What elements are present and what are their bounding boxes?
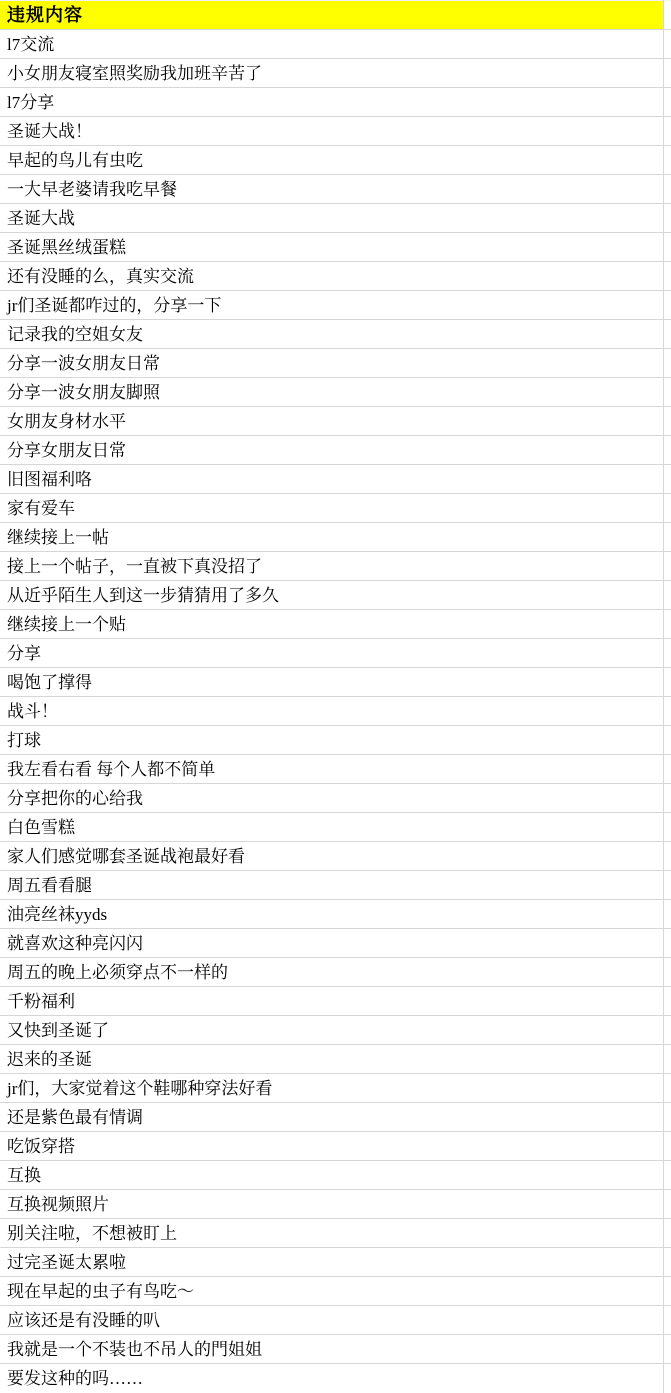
table-header-cell[interactable]: 违规内容 [0,0,671,30]
table-row[interactable]: 我就是一个不装也不吊人的門姐姐 [0,1335,671,1364]
table-body: l7交流小女朋友寝室照奖励我加班辛苦了l7分享圣诞大战！早起的鸟儿有虫吃一大早老… [0,30,671,1393]
table-row[interactable]: 记录我的空姐女友 [0,320,671,349]
cell-text: 现在早起的虫子有鸟吃～ [7,1283,194,1300]
spreadsheet-table: 违规内容 l7交流小女朋友寝室照奖励我加班辛苦了l7分享圣诞大战！早起的鸟儿有虫… [0,0,671,1393]
cell-text: 小女朋友寝室照奖励我加班辛苦了 [7,65,262,82]
table-row[interactable]: 周五看看腿 [0,871,671,900]
table-row[interactable]: 旧图福利咯 [0,465,671,494]
cell-text: 分享 [7,645,41,662]
cell-text: 要发这种的吗…… [7,1370,143,1387]
cell-text: 圣诞大战 [7,210,75,227]
cell-text: 互换视频照片 [7,1196,109,1213]
cell-text: 一大早老婆请我吃早餐 [7,181,177,198]
cell-text: 战斗！ [7,703,58,720]
table-row[interactable]: 小女朋友寝室照奖励我加班辛苦了 [0,59,671,88]
table-header-label: 违规内容 [7,6,83,24]
table-row[interactable]: 要发这种的吗…… [0,1364,671,1393]
cell-text: 迟来的圣诞 [7,1051,92,1068]
table-row[interactable]: 现在早起的虫子有鸟吃～ [0,1277,671,1306]
cell-text: 早起的鸟儿有虫吃 [7,152,143,169]
table-row[interactable]: jr们，大家觉着这个鞋哪种穿法好看 [0,1074,671,1103]
cell-text: 我就是一个不装也不吊人的門姐姐 [7,1341,262,1358]
cell-text: 又快到圣诞了 [7,1022,109,1039]
table-row[interactable]: 就喜欢这种亮闪闪 [0,929,671,958]
table-row[interactable]: 圣诞黑丝绒蛋糕 [0,233,671,262]
cell-text: 打球 [7,732,41,749]
cell-text: 周五看看腿 [7,877,92,894]
cell-text: 旧图福利咯 [7,471,92,488]
table-row[interactable]: 分享一波女朋友脚照 [0,378,671,407]
cell-text: 白色雪糕 [7,819,75,836]
table-row[interactable]: l7交流 [0,30,671,59]
table-row[interactable]: 继续接上一帖 [0,523,671,552]
table-row[interactable]: 分享女朋友日常 [0,436,671,465]
table-row[interactable]: 喝饱了撑得 [0,668,671,697]
cell-text: 家有爱车 [7,500,75,517]
cell-text: 记录我的空姐女友 [7,326,143,343]
table-row[interactable]: 继续接上一个贴 [0,610,671,639]
table-row[interactable]: 接上一个帖子，一直被下真没招了 [0,552,671,581]
cell-text: 女朋友身材水平 [7,413,126,430]
cell-text: 继续接上一个贴 [7,616,126,633]
cell-text: 吃饭穿搭 [7,1138,75,1155]
cell-text: 还有没睡的么，真实交流 [7,268,194,285]
cell-text: 千粉福利 [7,993,75,1010]
table-row[interactable]: 别关注啦，不想被盯上 [0,1219,671,1248]
table-row[interactable]: 圣诞大战！ [0,117,671,146]
cell-text: 还是紫色最有情调 [7,1109,143,1126]
cell-text: 圣诞大战！ [7,123,92,140]
cell-text: 就喜欢这种亮闪闪 [7,935,143,952]
table-row[interactable]: 圣诞大战 [0,204,671,233]
cell-text: jr们，大家觉着这个鞋哪种穿法好看 [7,1080,272,1097]
cell-text: 分享一波女朋友日常 [7,355,160,372]
cell-text: 圣诞黑丝绒蛋糕 [7,239,126,256]
table-row[interactable]: 从近乎陌生人到这一步猜猜用了多久 [0,581,671,610]
cell-text: l7交流 [7,36,54,53]
cell-text: 喝饱了撑得 [7,674,92,691]
table-row[interactable]: 战斗！ [0,697,671,726]
cell-text: 家人们感觉哪套圣诞战袍最好看 [7,848,245,865]
table-row[interactable]: 还有没睡的么，真实交流 [0,262,671,291]
cell-text: 从近乎陌生人到这一步猜猜用了多久 [7,587,279,604]
column-divider [663,0,664,1393]
table-row[interactable]: 吃饭穿搭 [0,1132,671,1161]
table-row[interactable]: 我左看右看 每个人都不简单 [0,755,671,784]
cell-text: 周五的晚上必须穿点不一样的 [7,964,228,981]
cell-text: 油亮丝袜yyds [7,906,107,923]
cell-text: 互换 [7,1167,41,1184]
cell-text: 继续接上一帖 [7,529,109,546]
cell-text: 别关注啦，不想被盯上 [7,1225,177,1242]
cell-text: 分享把你的心给我 [7,790,143,807]
cell-text: 分享女朋友日常 [7,442,126,459]
table-row[interactable]: 打球 [0,726,671,755]
table-row[interactable]: 家人们感觉哪套圣诞战袍最好看 [0,842,671,871]
cell-text: jr们圣诞都咋过的，分享一下 [7,297,221,314]
table-row[interactable]: 白色雪糕 [0,813,671,842]
table-row[interactable]: l7分享 [0,88,671,117]
cell-text: l7分享 [7,94,54,111]
cell-text: 过完圣诞太累啦 [7,1254,126,1271]
table-row[interactable]: 油亮丝袜yyds [0,900,671,929]
table-row[interactable]: 迟来的圣诞 [0,1045,671,1074]
table-row[interactable]: 一大早老婆请我吃早餐 [0,175,671,204]
table-row[interactable]: 周五的晚上必须穿点不一样的 [0,958,671,987]
table-row[interactable]: 互换视频照片 [0,1190,671,1219]
table-row[interactable]: 分享一波女朋友日常 [0,349,671,378]
table-row[interactable]: 家有爱车 [0,494,671,523]
table-row[interactable]: 分享把你的心给我 [0,784,671,813]
table-row[interactable]: 过完圣诞太累啦 [0,1248,671,1277]
table-row[interactable]: 分享 [0,639,671,668]
table-row[interactable]: 早起的鸟儿有虫吃 [0,146,671,175]
cell-text: 分享一波女朋友脚照 [7,384,160,401]
table-row[interactable]: 千粉福利 [0,987,671,1016]
cell-text: 应该还是有没睡的叭 [7,1312,160,1329]
table-row[interactable]: 又快到圣诞了 [0,1016,671,1045]
cell-text: 我左看右看 每个人都不简单 [7,761,215,778]
table-row[interactable]: jr们圣诞都咋过的，分享一下 [0,291,671,320]
table-row[interactable]: 女朋友身材水平 [0,407,671,436]
table-row[interactable]: 还是紫色最有情调 [0,1103,671,1132]
cell-text: 接上一个帖子，一直被下真没招了 [7,558,262,575]
table-row[interactable]: 互换 [0,1161,671,1190]
table-row[interactable]: 应该还是有没睡的叭 [0,1306,671,1335]
